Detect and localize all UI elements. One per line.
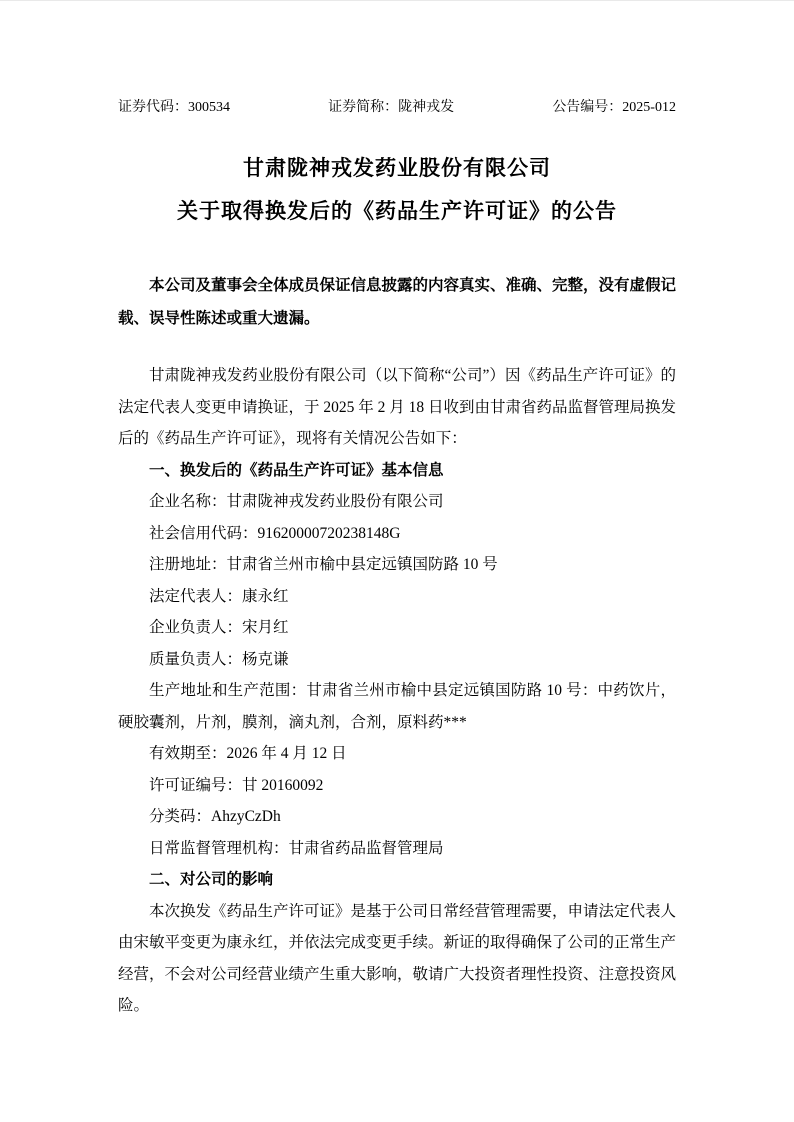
field-company-name: 企业名称：甘肃陇神戎发药业股份有限公司 bbox=[118, 486, 676, 518]
field-license-number: 许可证编号：甘 20160092 bbox=[118, 770, 676, 802]
stock-code: 证券代码：300534 bbox=[118, 98, 230, 118]
company-name-title: 甘肃陇神戎发药业股份有限公司 bbox=[118, 147, 676, 190]
title-block: 甘肃陇神戎发药业股份有限公司 关于取得换发后的《药品生产许可证》的公告 bbox=[118, 147, 676, 233]
intro-paragraph: 甘肃陇神戎发药业股份有限公司（以下简称“公司”）因《药品生产许可证》的法定代表人… bbox=[118, 360, 676, 455]
document-header: 证券代码：300534 证券简称：陇神戎发 公告编号：2025-012 bbox=[118, 98, 676, 118]
field-production-address-scope: 生产地址和生产范围：甘肃省兰州市榆中县定远镇国防路 10 号：中药饮片，硬胶囊剂… bbox=[118, 675, 676, 738]
field-supervision-authority: 日常监督管理机构：甘肃省药品监督管理局 bbox=[118, 833, 676, 865]
announcement-number: 公告编号：2025-012 bbox=[552, 98, 676, 118]
document-body: 甘肃陇神戎发药业股份有限公司（以下简称“公司”）因《药品生产许可证》的法定代表人… bbox=[118, 360, 676, 1022]
field-quality-principal: 质量负责人：杨克谦 bbox=[118, 644, 676, 676]
field-registered-address: 注册地址：甘肃省兰州市榆中县定远镇国防路 10 号 bbox=[118, 549, 676, 581]
announcement-page: 证券代码：300534 证券简称：陇神戎发 公告编号：2025-012 甘肃陇神… bbox=[0, 0, 794, 1122]
stock-short-name: 证券简称：陇神戎发 bbox=[328, 98, 454, 118]
disclaimer-paragraph: 本公司及董事会全体成员保证信息披露的内容真实、准确、完整，没有虚假记载、误导性陈… bbox=[118, 269, 676, 335]
field-valid-until: 有效期至：2026 年 4 月 12 日 bbox=[118, 738, 676, 770]
field-legal-representative: 法定代表人：康永红 bbox=[118, 581, 676, 613]
field-credit-code: 社会信用代码：91620000720238148G bbox=[118, 518, 676, 550]
announcement-title: 关于取得换发后的《药品生产许可证》的公告 bbox=[118, 190, 676, 233]
section1-heading: 一、换发后的《药品生产许可证》基本信息 bbox=[118, 455, 676, 487]
field-classification-code: 分类码：AhzyCzDh bbox=[118, 801, 676, 833]
impact-paragraph: 本次换发《药品生产许可证》是基于公司日常经营管理需要，申请法定代表人由宋敏平变更… bbox=[118, 896, 676, 1022]
field-company-principal: 企业负责人：宋月红 bbox=[118, 612, 676, 644]
section2-heading: 二、对公司的影响 bbox=[118, 864, 676, 896]
